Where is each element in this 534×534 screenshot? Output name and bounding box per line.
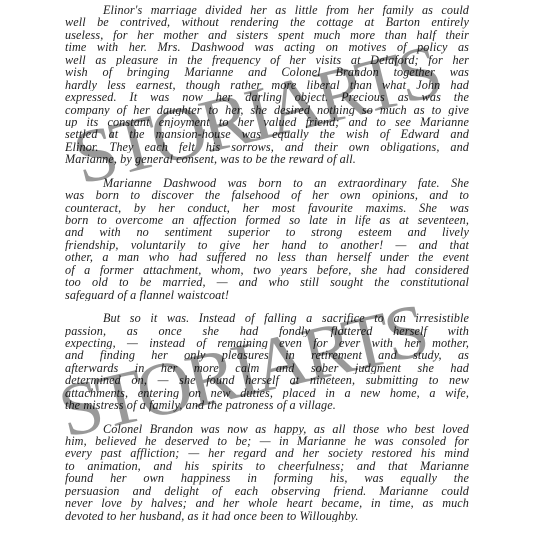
text-line: company of her daughter to her, she desi… [65, 104, 469, 116]
text-line: settled at the mansion-house was equally… [65, 128, 469, 140]
text-line: him, believed he deserved to be; — in Ma… [65, 435, 469, 447]
text-line: hardly less earnest, though rather more … [65, 79, 469, 91]
paragraph: But so it was. Instead of falling a sacr… [65, 312, 469, 412]
text-line: and finding her only pleasures in retire… [65, 349, 469, 361]
text-line: never love by halves; and her whole hear… [65, 497, 469, 509]
paragraph: Colonel Brandon was now as happy, as all… [65, 423, 469, 523]
text-line: attachments, entering on new duties, pla… [65, 387, 469, 399]
text-line: every past affliction; — her regard and … [65, 447, 469, 459]
text-line: to animation, and his spirits to cheerfu… [65, 460, 469, 472]
text-line: Marianne Dashwood was born to an extraor… [65, 177, 469, 189]
text-line: born to overcome an affection formed so … [65, 214, 469, 226]
text-line: expressed. It was now her darling object… [65, 91, 469, 103]
text-line: up its constant enjoyment to her valued … [65, 116, 469, 128]
text-line: other, a man who had suffered no less th… [65, 251, 469, 263]
text-line: well as pleasure in the frequency of her… [65, 54, 469, 66]
text-line: passion, as once she had fondly flattere… [65, 325, 469, 337]
text-line: was born to discover the falsehood of he… [65, 189, 469, 201]
text-line: counteract, by her conduct, her most fav… [65, 202, 469, 214]
paragraph: Elinor's marriage divided her as little … [65, 4, 469, 166]
text-line: too old to be married, — and who still s… [65, 276, 469, 288]
manuscript-page: Elinor's marriage divided her as little … [0, 0, 534, 534]
text-line: But so it was. Instead of falling a sacr… [65, 312, 469, 324]
text-body: Elinor's marriage divided her as little … [65, 4, 469, 522]
text-line: expecting, — instead of remaining even f… [65, 337, 469, 349]
text-line: found her own happiness in forming his, … [65, 472, 469, 484]
text-line: wish of bringing Marianne and Colonel Br… [65, 66, 469, 78]
text-line: afterwards in her more calm and sober ju… [65, 362, 469, 374]
text-line: Elinor. They each felt his sorrows, and … [65, 141, 469, 153]
text-line: persuasion and delight of each observing… [65, 485, 469, 497]
paragraph: Marianne Dashwood was born to an extraor… [65, 177, 469, 301]
text-line: the mistress of a family, and the patron… [65, 399, 469, 411]
text-line: Elinor's marriage divided her as little … [65, 4, 469, 16]
text-line: Colonel Brandon was now as happy, as all… [65, 423, 469, 435]
text-line: of a former attachment, whom, two years … [65, 264, 469, 276]
text-line: devoted to her husband, as it had once b… [65, 510, 469, 522]
text-line: safeguard of a flannel waistcoat! [65, 289, 469, 301]
text-line: determined on, — she found herself at ni… [65, 374, 469, 386]
text-line: useless, for her mother and sisters spen… [65, 29, 469, 41]
text-line: time with her. Mrs. Dashwood was acting … [65, 41, 469, 53]
text-line: friendship, voluntarily to give her hand… [65, 239, 469, 251]
text-line: well be contrived, without rendering the… [65, 16, 469, 28]
text-line: Marianne, by general consent, was to be … [65, 153, 469, 165]
text-line: and with no sentiment superior to strong… [65, 226, 469, 238]
